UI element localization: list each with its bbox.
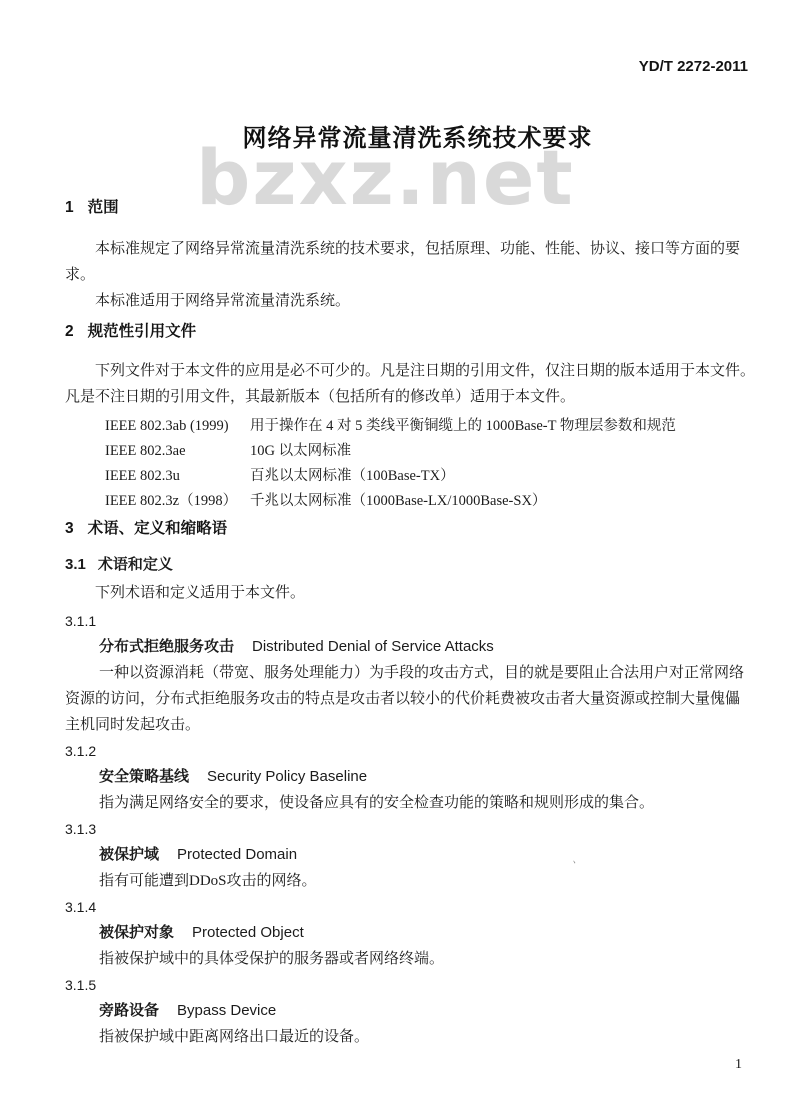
term-english: Protected Object (192, 924, 304, 941)
clause-number: 3.1.2 (65, 738, 748, 764)
section-1-heading: 1范围 (65, 200, 748, 216)
reference-item: IEEE 802.3ab (1999) 用于操作在 4 对 5 类线平衡铜缆上的… (65, 414, 748, 439)
definition-line: 指为满足网络安全的要求，使设备应具有的安全检查功能的策略和规则形成的集合。 (65, 790, 748, 816)
scan-artifact: 、 (572, 850, 584, 866)
reference-description: 百兆以太网标准（100Base-TX） (250, 464, 455, 489)
doc-number: YD/T 2272-2011 (65, 58, 748, 76)
term-heading: 安全策略基线 Security Policy Baseline (65, 764, 748, 790)
term-english: Distributed Denial of Service Attacks (252, 638, 494, 655)
section-number: 2 (65, 323, 74, 340)
definition-line: 资源的访问，分布式拒绝服务攻击的特点是攻击者以较小的代价耗费被攻击者大量资源或控… (65, 686, 748, 712)
subsection-title: 术语和定义 (98, 556, 173, 573)
definition-line: 指有可能遭到DDoS攻击的网络。 (65, 868, 748, 894)
section-3-heading: 3术语、定义和缩略语 (65, 521, 748, 537)
clause-number: 3.1.4 (65, 894, 748, 920)
definition-line: 一种以资源消耗（带宽、服务处理能力）为手段的攻击方式，目的就是要阻止合法用户对正… (65, 660, 748, 686)
section-number: 3 (65, 520, 74, 537)
body-line: 下列术语和定义适用于本文件。 (65, 580, 748, 606)
subsection-3-1-heading: 3.1术语和定义 (65, 557, 748, 573)
terms-list: 3.1.1 分布式拒绝服务攻击 Distributed Denial of Se… (65, 608, 748, 1050)
term-chinese: 被保护域 (99, 846, 159, 863)
page-number: 1 (735, 1056, 742, 1074)
term-english: Bypass Device (177, 1002, 276, 1019)
section-title: 术语、定义和缩略语 (88, 520, 228, 537)
term-chinese: 旁路设备 (99, 1002, 159, 1019)
reference-item: IEEE 802.3ae 10G 以太网标准 (65, 439, 748, 464)
reference-label: IEEE 802.3u (105, 464, 250, 489)
document-title: 网络异常流量清洗系统技术要求 (65, 124, 748, 154)
definition-line: 指被保护域中距离网络出口最近的设备。 (65, 1024, 748, 1050)
section-title: 范围 (88, 199, 119, 216)
document-page: bzxz.net YD/T 2272-2011 网络异常流量清洗系统技术要求 1… (0, 0, 800, 1120)
subsection-number: 3.1 (65, 556, 86, 573)
reference-description: 10G 以太网标准 (250, 439, 351, 464)
body-line: 下列文件对于本文件的应用是必不可少的。凡是注日期的引用文件，仅注日期的版本适用于… (65, 358, 748, 384)
body-line: 凡是不注日期的引用文件，其最新版本（包括所有的修改单）适用于本文件。 (65, 384, 748, 410)
term-chinese: 安全策略基线 (99, 768, 189, 785)
term-heading: 被保护域 Protected Domain (65, 842, 748, 868)
term-heading: 旁路设备 Bypass Device (65, 998, 748, 1024)
body-line: 本标准规定了网络异常流量清洗系统的技术要求，包括原理、功能、性能、协议、接口等方… (65, 236, 748, 262)
clause-number: 3.1.5 (65, 972, 748, 998)
reference-label: IEEE 802.3z（1998） (105, 489, 250, 514)
term-english: Protected Domain (177, 846, 297, 863)
body-line: 本标准适用于网络异常流量清洗系统。 (65, 288, 748, 314)
reference-item: IEEE 802.3u 百兆以太网标准（100Base-TX） (65, 464, 748, 489)
section-title: 规范性引用文件 (88, 323, 197, 340)
reference-description: 用于操作在 4 对 5 类线平衡铜缆上的 1000Base-T 物理层参数和规范 (250, 414, 676, 439)
reference-description: 千兆以太网标准（1000Base-LX/1000Base-SX） (250, 489, 546, 514)
section-2-heading: 2规范性引用文件 (65, 324, 748, 340)
definition-line: 指被保护域中的具体受保护的服务器或者网络终端。 (65, 946, 748, 972)
reference-label: IEEE 802.3ab (1999) (105, 414, 250, 439)
term-english: Security Policy Baseline (207, 768, 367, 785)
reference-list: IEEE 802.3ab (1999) 用于操作在 4 对 5 类线平衡铜缆上的… (65, 414, 748, 514)
term-heading: 被保护对象 Protected Object (65, 920, 748, 946)
clause-number: 3.1.1 (65, 608, 748, 634)
reference-label: IEEE 802.3ae (105, 439, 250, 464)
reference-item: IEEE 802.3z（1998） 千兆以太网标准（1000Base-LX/10… (65, 489, 748, 514)
term-chinese: 被保护对象 (99, 924, 174, 941)
clause-number: 3.1.3 (65, 816, 748, 842)
section-number: 1 (65, 199, 74, 216)
body-line: 求。 (65, 262, 748, 288)
term-chinese: 分布式拒绝服务攻击 (99, 638, 234, 655)
definition-line: 主机同时发起攻击。 (65, 712, 748, 738)
term-heading: 分布式拒绝服务攻击 Distributed Denial of Service … (65, 634, 748, 660)
